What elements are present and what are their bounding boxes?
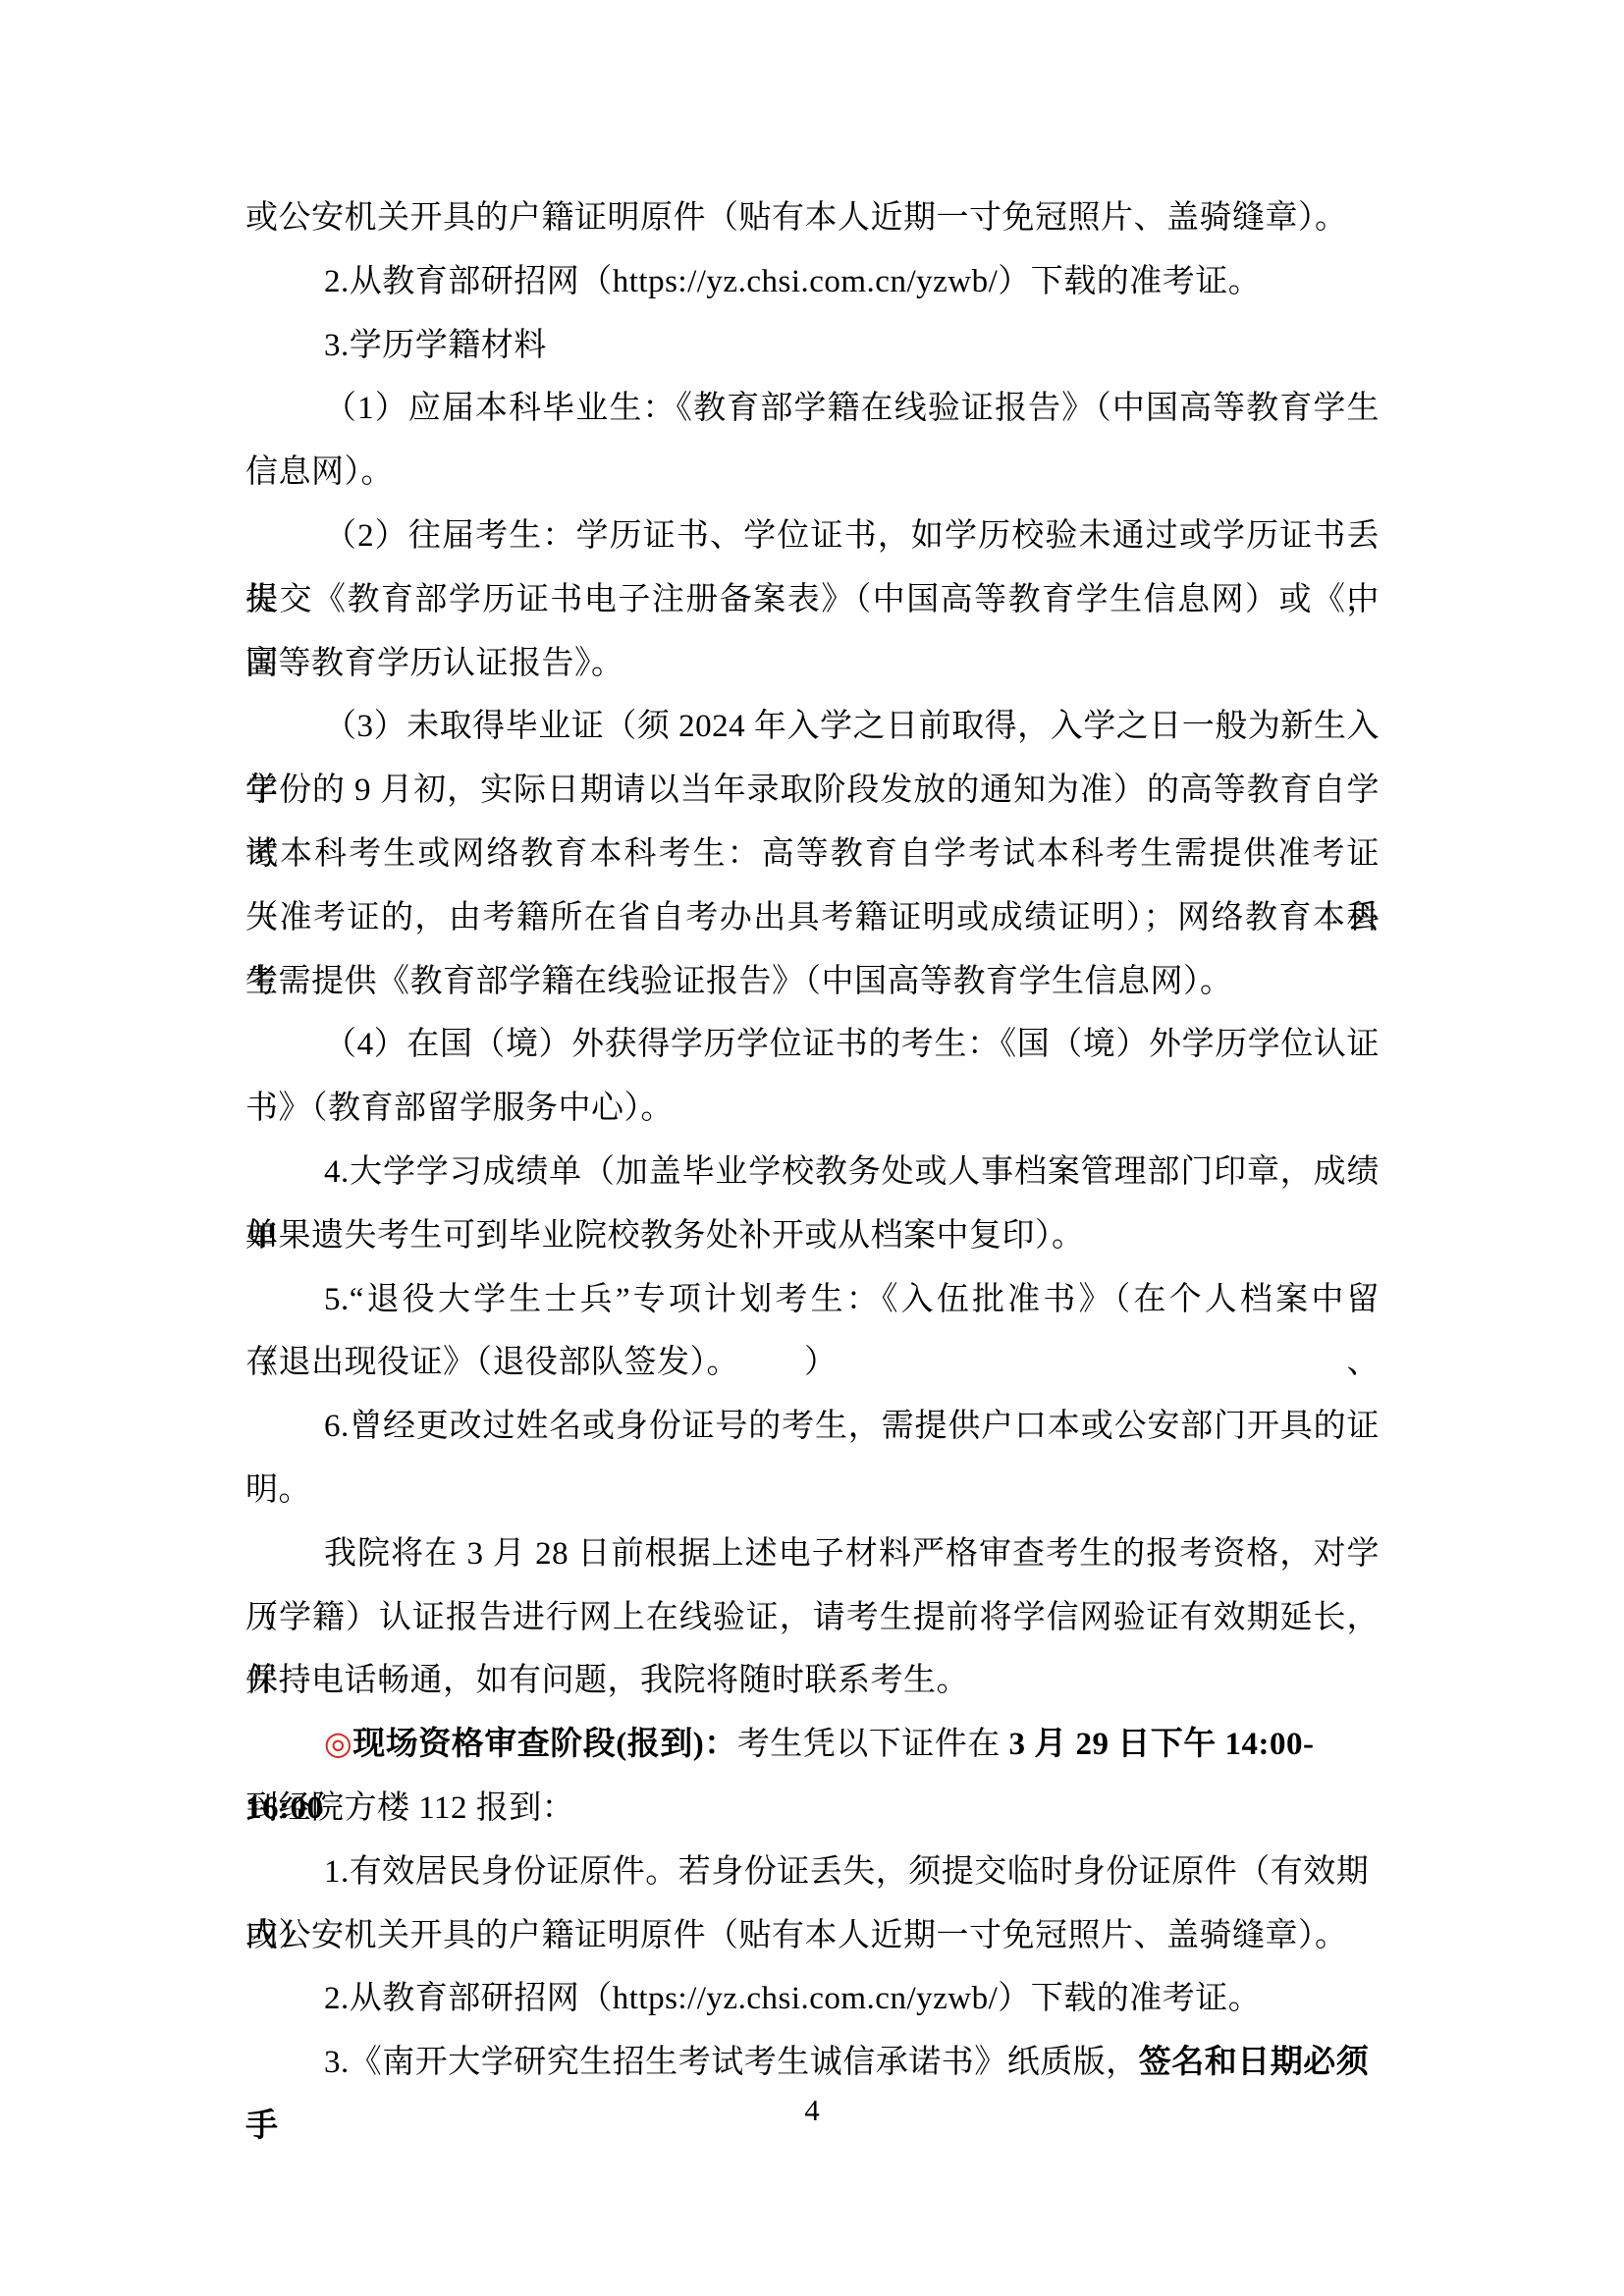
- page-number: 4: [0, 2089, 1624, 2132]
- text-line: 或公安机关开具的户籍证明原件（贴有本人近期一寸免冠照片、盖骑缝章）。: [245, 1904, 1380, 1968]
- text-line: 提交《教育部学历证书电子注册备案表》（中国高等教育学生信息网）或《中国: [245, 568, 1380, 632]
- text-line: 2.从教育部研招网（https://yz.chsi.com.cn/yzwb/）下…: [245, 1967, 1380, 2031]
- text-line: 明。: [245, 1459, 1380, 1522]
- text-line: 生需提供《教育部学籍在线验证报告》（中国高等教育学生信息网）。: [245, 950, 1380, 1014]
- text-segment: 3.《南开大学研究生招生考试考生诚信承诺书》纸质版，: [324, 2045, 1139, 2080]
- text-line: （3）未取得毕业证（须 2024 年入学之日前取得，入学之日一般为新生入学: [245, 695, 1380, 759]
- text-line: 我院将在 3 月 28 日前根据上述电子材料严格审查考生的报考资格，对学历: [245, 1522, 1380, 1586]
- text-segment: 现场资格审查阶段(报到)：: [352, 1727, 736, 1762]
- body-text: 或公安机关开具的户籍证明原件（贴有本人近期一寸免冠照片、盖骑缝章）。2.从教育部…: [245, 187, 1380, 2095]
- text-line: （1）应届本科毕业生：《教育部学籍在线验证报告》（中国高等教育学生: [245, 377, 1380, 441]
- document-page: 或公安机关开具的户籍证明原件（贴有本人近期一寸免冠照片、盖骑缝章）。2.从教育部…: [0, 0, 1624, 2296]
- text-line: 试本科考生或网络教育本科考生：高等教育自学考试本科考生需提供准考证（丢: [245, 823, 1380, 886]
- text-line: 3.《南开大学研究生招生考试考生诚信承诺书》纸质版，签名和日期必须手: [245, 2031, 1380, 2095]
- text-line: 如果遗失考生可到毕业院校教务处补开或从档案中复印）。: [245, 1204, 1380, 1268]
- text-line: （4）在国（境）外获得学历学位证书的考生：《国（境）外学历学位认证: [245, 1013, 1380, 1077]
- text-line: 年份的 9 月初，实际日期请以当年录取阶段发放的通知为准）的高等教育自学考: [245, 759, 1380, 823]
- text-line: 失准考证的，由考籍所在省自考办出具考籍证明或成绩证明）；网络教育本科考: [245, 886, 1380, 950]
- text-line: 到经院方楼 112 报到：: [245, 1777, 1380, 1841]
- text-line: 书》（教育部留学服务中心）。: [245, 1077, 1380, 1141]
- text-line: 或公安机关开具的户籍证明原件（贴有本人近期一寸免冠照片、盖骑缝章）。: [245, 187, 1380, 250]
- text-line: 信息网）。: [245, 441, 1380, 505]
- text-line: 高等教育学历认证报告》。: [245, 632, 1380, 696]
- text-line: （学籍）认证报告进行网上在线验证，请考生提前将学信网验证有效期延长，并: [245, 1586, 1380, 1650]
- text-line: 6.曾经更改过姓名或身份证号的考生，需提供户口本或公安部门开具的证: [245, 1395, 1380, 1459]
- text-line: 3.学历学籍材料: [245, 314, 1380, 378]
- bullseye-icon: ◎: [324, 1727, 352, 1762]
- text-line: 2.从教育部研招网（https://yz.chsi.com.cn/yzwb/）下…: [245, 250, 1380, 314]
- text-line: （2）往届考生：学历证书、学位证书，如学历校验未通过或学历证书丢失，: [245, 505, 1380, 568]
- text-line: 1.有效居民身份证原件。若身份证丢失，须提交临时身份证原件（有效期内）: [245, 1841, 1380, 1904]
- text-segment: 考生凭以下证件在: [737, 1727, 1009, 1762]
- text-line: ◎现场资格审查阶段(报到)：考生凭以下证件在 3 月 29 日下午 14:00-…: [245, 1713, 1380, 1777]
- text-line: 5.“退役大学生士兵”专项计划考生：《入伍批准书》（在个人档案中留存）、: [245, 1268, 1380, 1332]
- text-line: 4.大学学习成绩单（加盖毕业学校教务处或人事档案管理部门印章，成绩单: [245, 1141, 1380, 1204]
- text-line: 保持电话畅通，如有问题，我院将随时联系考生。: [245, 1649, 1380, 1713]
